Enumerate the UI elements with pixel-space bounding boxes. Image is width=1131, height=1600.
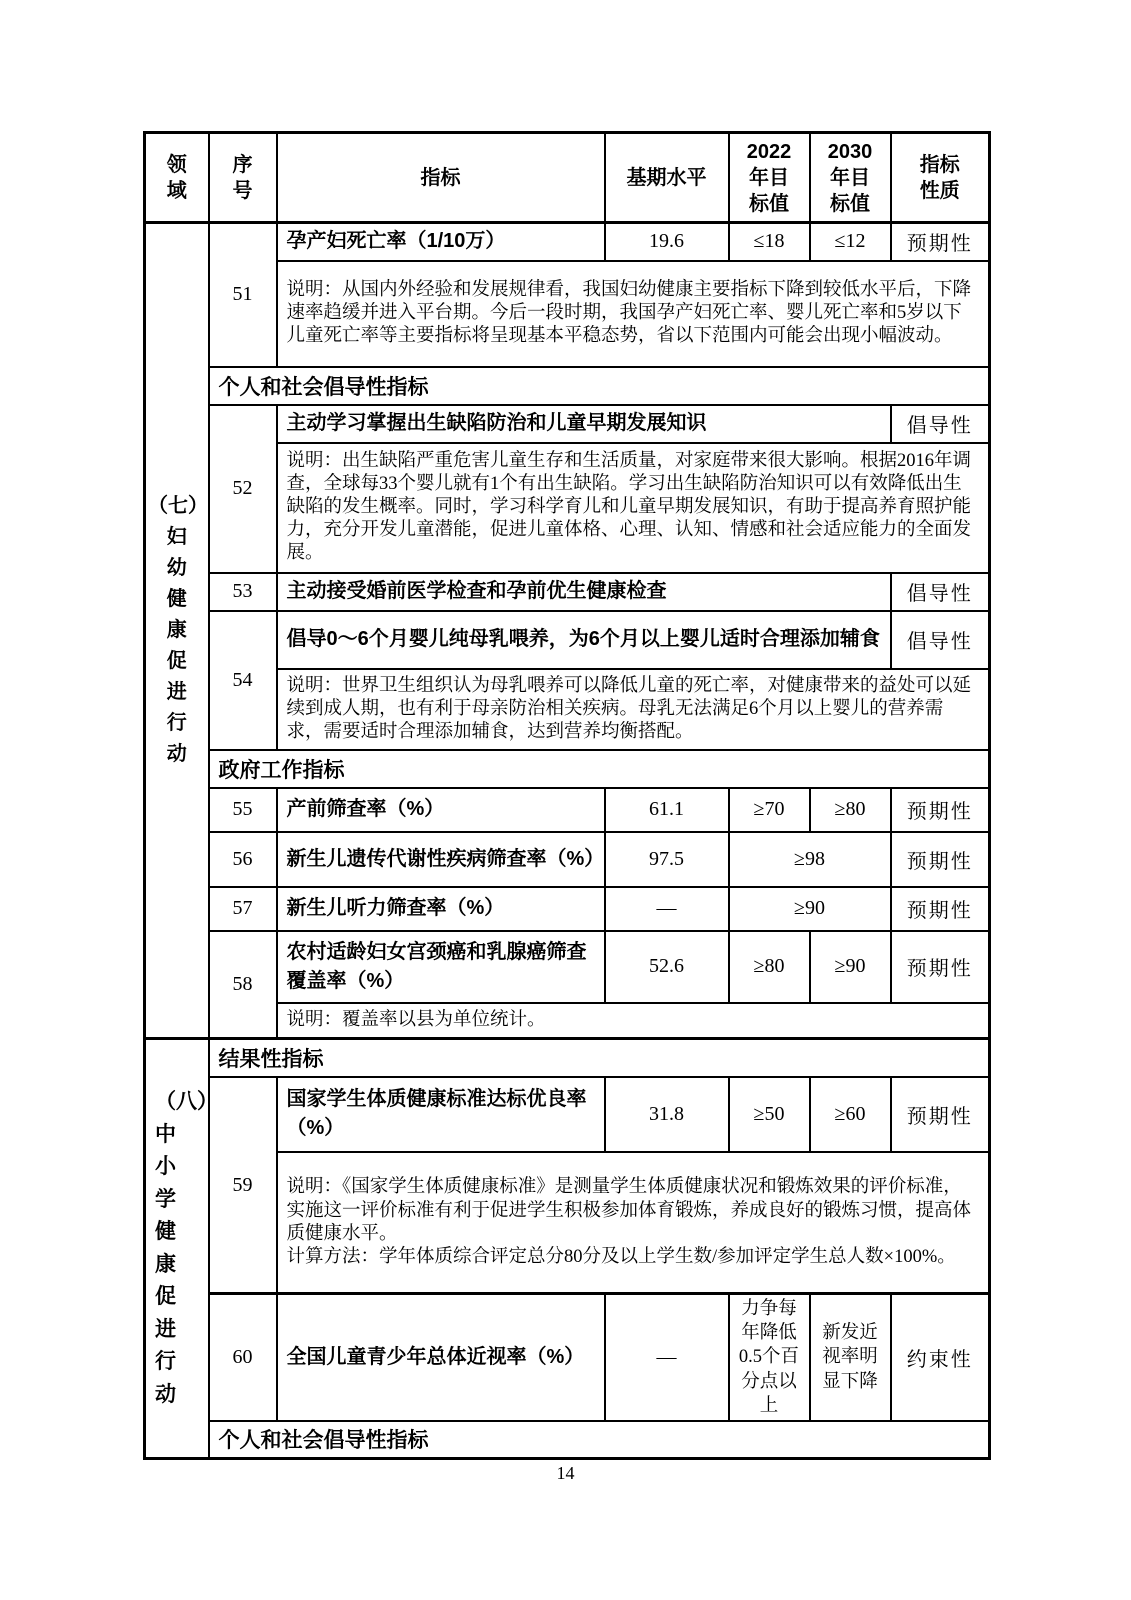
table-row: 57 新生儿听力筛查率（%） — ≥90 预期性 bbox=[145, 887, 990, 931]
row51-target-2030: ≤12 bbox=[810, 223, 891, 261]
row54-note: 说明：世界卫生组织认为母乳喂养可以降低儿童的死亡率，对健康带来的益处可以延续到成… bbox=[277, 669, 990, 750]
table-row: （七） 妇 幼 健 康 促 进 行 动 51 孕产妇死亡率（1/10万） 19.… bbox=[145, 223, 990, 261]
table-row: 53 主动接受婚前医学检查和孕前优生健康检查 倡导性 bbox=[145, 573, 990, 611]
row57-target-combined: ≥90 bbox=[729, 887, 891, 931]
row58-indicator: 农村适龄妇女宫颈癌和乳腺癌筛查覆盖率（%） bbox=[277, 931, 605, 1003]
row55-indicator: 产前筛查率（%） bbox=[277, 788, 605, 832]
table-row: 55 产前筛查率（%） 61.1 ≥70 ≥80 预期性 bbox=[145, 788, 990, 832]
table-row: 政府工作指标 bbox=[145, 750, 990, 788]
row51-note: 说明：从国内外经验和发展规律看，我国妇幼健康主要指标下降到较低水平后，下降速率趋… bbox=[277, 261, 990, 367]
row55-target-2022: ≥70 bbox=[729, 788, 810, 832]
row60-target-2030: 新发近视率明显下降 bbox=[810, 1294, 891, 1421]
row54-indicator: 倡导0～6个月婴儿纯母乳喂养，为6个月以上婴儿适时合理添加辅食 bbox=[277, 611, 891, 669]
row59-nature: 预期性 bbox=[891, 1077, 990, 1152]
row59-serial: 59 bbox=[209, 1077, 277, 1294]
table-row: 59 国家学生体质健康标准达标优良率（%） 31.8 ≥50 ≥60 预期性 bbox=[145, 1077, 990, 1152]
row60-serial: 60 bbox=[209, 1294, 277, 1421]
row53-indicator: 主动接受婚前医学检查和孕前优生健康检查 bbox=[277, 573, 891, 611]
table-row: 54 倡导0～6个月婴儿纯母乳喂养，为6个月以上婴儿适时合理添加辅食 倡导性 bbox=[145, 611, 990, 669]
section-advocacy-2: 个人和社会倡导性指标 bbox=[209, 1421, 990, 1459]
table-row: 56 新生儿遗传代谢性疾病筛查率（%） 97.5 ≥98 预期性 bbox=[145, 832, 990, 887]
header-target-2022: 2022 年目 标值 bbox=[729, 133, 810, 223]
row58-serial: 58 bbox=[209, 931, 277, 1039]
row57-baseline: — bbox=[605, 887, 729, 931]
row56-indicator: 新生儿遗传代谢性疾病筛查率（%） bbox=[277, 832, 605, 887]
row55-nature: 预期性 bbox=[891, 788, 990, 832]
table-row: 52 主动学习掌握出生缺陷防治和儿童早期发展知识 倡导性 bbox=[145, 405, 990, 443]
row51-nature: 预期性 bbox=[891, 223, 990, 261]
row52-serial: 52 bbox=[209, 405, 277, 573]
row51-serial: 51 bbox=[209, 223, 277, 367]
table-row: （八） 中 小 学 健 康 促 进 行 动 结果性指标 bbox=[145, 1039, 990, 1077]
row56-baseline: 97.5 bbox=[605, 832, 729, 887]
row55-target-2030: ≥80 bbox=[810, 788, 891, 832]
header-domain: 领 域 bbox=[145, 133, 209, 223]
row58-target-2030: ≥90 bbox=[810, 931, 891, 1003]
row57-serial: 57 bbox=[209, 887, 277, 931]
row60-target-2022: 力争每年降低0.5个百分点以上 bbox=[729, 1294, 810, 1421]
header-indicator: 指标 bbox=[277, 133, 605, 223]
row52-nature: 倡导性 bbox=[891, 405, 990, 443]
row55-serial: 55 bbox=[209, 788, 277, 832]
row55-baseline: 61.1 bbox=[605, 788, 729, 832]
row51-indicator: 孕产妇死亡率（1/10万） bbox=[277, 223, 605, 261]
row60-baseline: — bbox=[605, 1294, 729, 1421]
row59-target-2022: ≥50 bbox=[729, 1077, 810, 1152]
row53-nature: 倡导性 bbox=[891, 573, 990, 611]
header-baseline: 基期水平 bbox=[605, 133, 729, 223]
row59-target-2030: ≥60 bbox=[810, 1077, 891, 1152]
row52-indicator: 主动学习掌握出生缺陷防治和儿童早期发展知识 bbox=[277, 405, 891, 443]
row54-serial: 54 bbox=[209, 611, 277, 750]
table-row: 60 全国儿童青少年总体近视率（%） — 力争每年降低0.5个百分点以上 新发近… bbox=[145, 1294, 990, 1421]
section-outcome: 结果性指标 bbox=[209, 1039, 990, 1077]
row58-baseline: 52.6 bbox=[605, 931, 729, 1003]
domain-cell-8: （八） 中 小 学 健 康 促 进 行 动 bbox=[145, 1039, 209, 1459]
row56-nature: 预期性 bbox=[891, 832, 990, 887]
header-nature: 指标 性质 bbox=[891, 133, 990, 223]
page-number: 14 bbox=[0, 1463, 1131, 1484]
row59-baseline: 31.8 bbox=[605, 1077, 729, 1152]
table-row: 58 农村适龄妇女宫颈癌和乳腺癌筛查覆盖率（%） 52.6 ≥80 ≥90 预期… bbox=[145, 931, 990, 1003]
section-advocacy-1: 个人和社会倡导性指标 bbox=[209, 367, 990, 405]
row57-indicator: 新生儿听力筛查率（%） bbox=[277, 887, 605, 931]
row51-target-2022: ≤18 bbox=[729, 223, 810, 261]
row54-nature: 倡导性 bbox=[891, 611, 990, 669]
indicator-table: 领 域 序 号 指标 基期水平 2022 年目 标值 2030 年目 标值 指标… bbox=[143, 131, 991, 1460]
row52-note: 说明：出生缺陷严重危害儿童生存和生活质量，对家庭带来很大影响。根据2016年调查… bbox=[277, 443, 990, 573]
row58-target-2022: ≥80 bbox=[729, 931, 810, 1003]
header-serial: 序 号 bbox=[209, 133, 277, 223]
row57-nature: 预期性 bbox=[891, 887, 990, 931]
row59-indicator: 国家学生体质健康标准达标优良率（%） bbox=[277, 1077, 605, 1152]
row59-note: 说明：《国家学生体质健康标准》是测量学生体质健康状况和锻炼效果的评价标准，实施这… bbox=[277, 1152, 990, 1294]
table-row: 个人和社会倡导性指标 bbox=[145, 367, 990, 405]
domain-cell-7: （七） 妇 幼 健 康 促 进 行 动 bbox=[145, 223, 209, 1039]
row53-serial: 53 bbox=[209, 573, 277, 611]
header-target-2030: 2030 年目 标值 bbox=[810, 133, 891, 223]
table-row: 个人和社会倡导性指标 bbox=[145, 1421, 990, 1459]
document-page: 领 域 序 号 指标 基期水平 2022 年目 标值 2030 年目 标值 指标… bbox=[0, 0, 1131, 1600]
section-government: 政府工作指标 bbox=[209, 750, 990, 788]
row58-nature: 预期性 bbox=[891, 931, 990, 1003]
row56-target-combined: ≥98 bbox=[729, 832, 891, 887]
row51-baseline: 19.6 bbox=[605, 223, 729, 261]
row60-indicator: 全国儿童青少年总体近视率（%） bbox=[277, 1294, 605, 1421]
table-header-row: 领 域 序 号 指标 基期水平 2022 年目 标值 2030 年目 标值 指标… bbox=[145, 133, 990, 223]
row56-serial: 56 bbox=[209, 832, 277, 887]
row58-note: 说明：覆盖率以县为单位统计。 bbox=[277, 1003, 990, 1039]
row60-nature: 约束性 bbox=[891, 1294, 990, 1421]
